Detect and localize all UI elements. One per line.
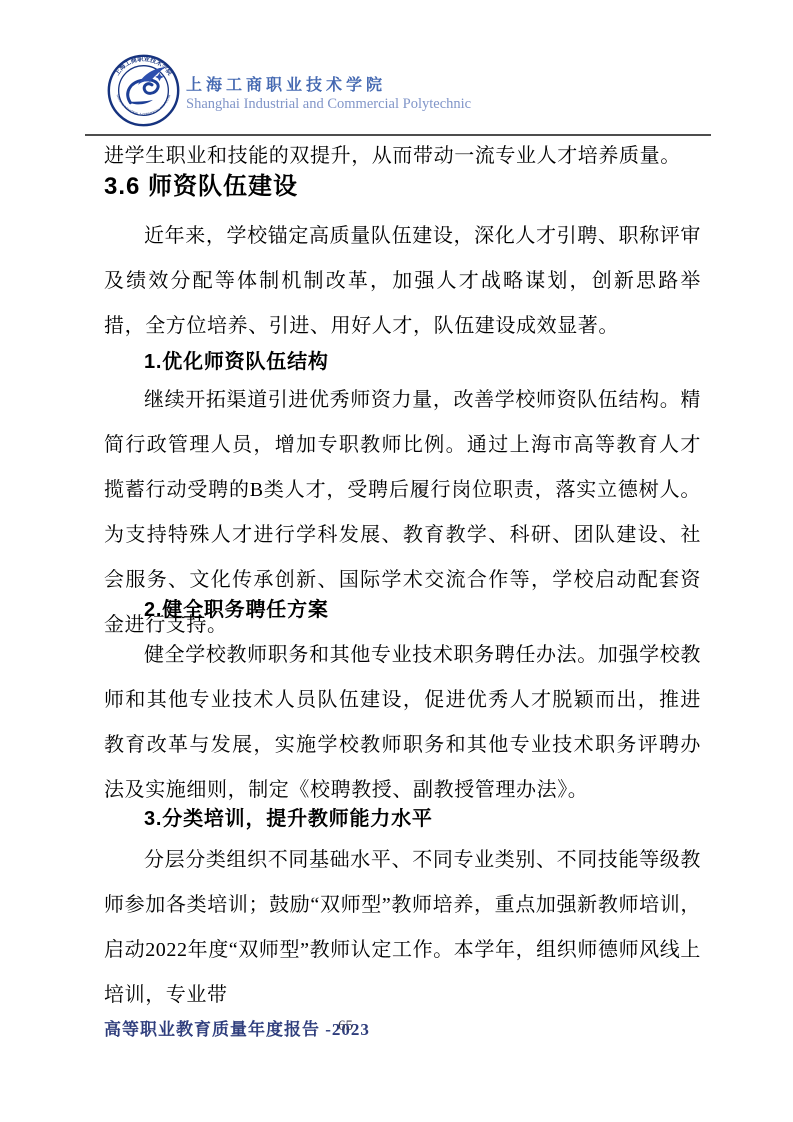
school-name-zh: 上海工商职业技术学院 [186,72,386,95]
document-page: 上海工商职业技术学院 SHANGHAI INDUSTRIAL & COMMERC… [0,0,793,1122]
subheading-2: 2.健全职务聘任方案 [104,597,701,623]
school-emblem-icon: 上海工商职业技术学院 SHANGHAI INDUSTRIAL & COMMERC… [106,53,181,128]
paragraph-1: 近年来，学校锚定高质量队伍建设，深化人才引聘、职称评审及绩效分配等体制机制改革，… [104,214,701,349]
paragraph-continuation: 进学生职业和技能的双提升，从而带动一流专业人才培养质量。 [104,141,701,171]
page-number: 65 [338,1018,353,1035]
subheading-3: 3.分类培训，提升教师能力水平 [104,806,701,832]
school-name-en: Shanghai Industrial and Commercial Polyt… [186,96,471,113]
subheading-1: 1.优化师资队伍结构 [104,349,701,375]
paragraph-4: 分层分类组织不同基础水平、不同专业类别、不同技能等级教师参加各类培训；鼓励“双师… [104,838,701,1018]
section-heading: 3.6 师资队伍建设 [104,172,701,202]
paragraph-3: 健全学校教师职务和其他专业技术职务聘任办法。加强学校教师和其他专业技术人员队伍建… [104,633,701,813]
footer-report-title: 高等职业教育质量年度报告 -2023 [104,1015,370,1040]
header-divider [85,134,711,136]
